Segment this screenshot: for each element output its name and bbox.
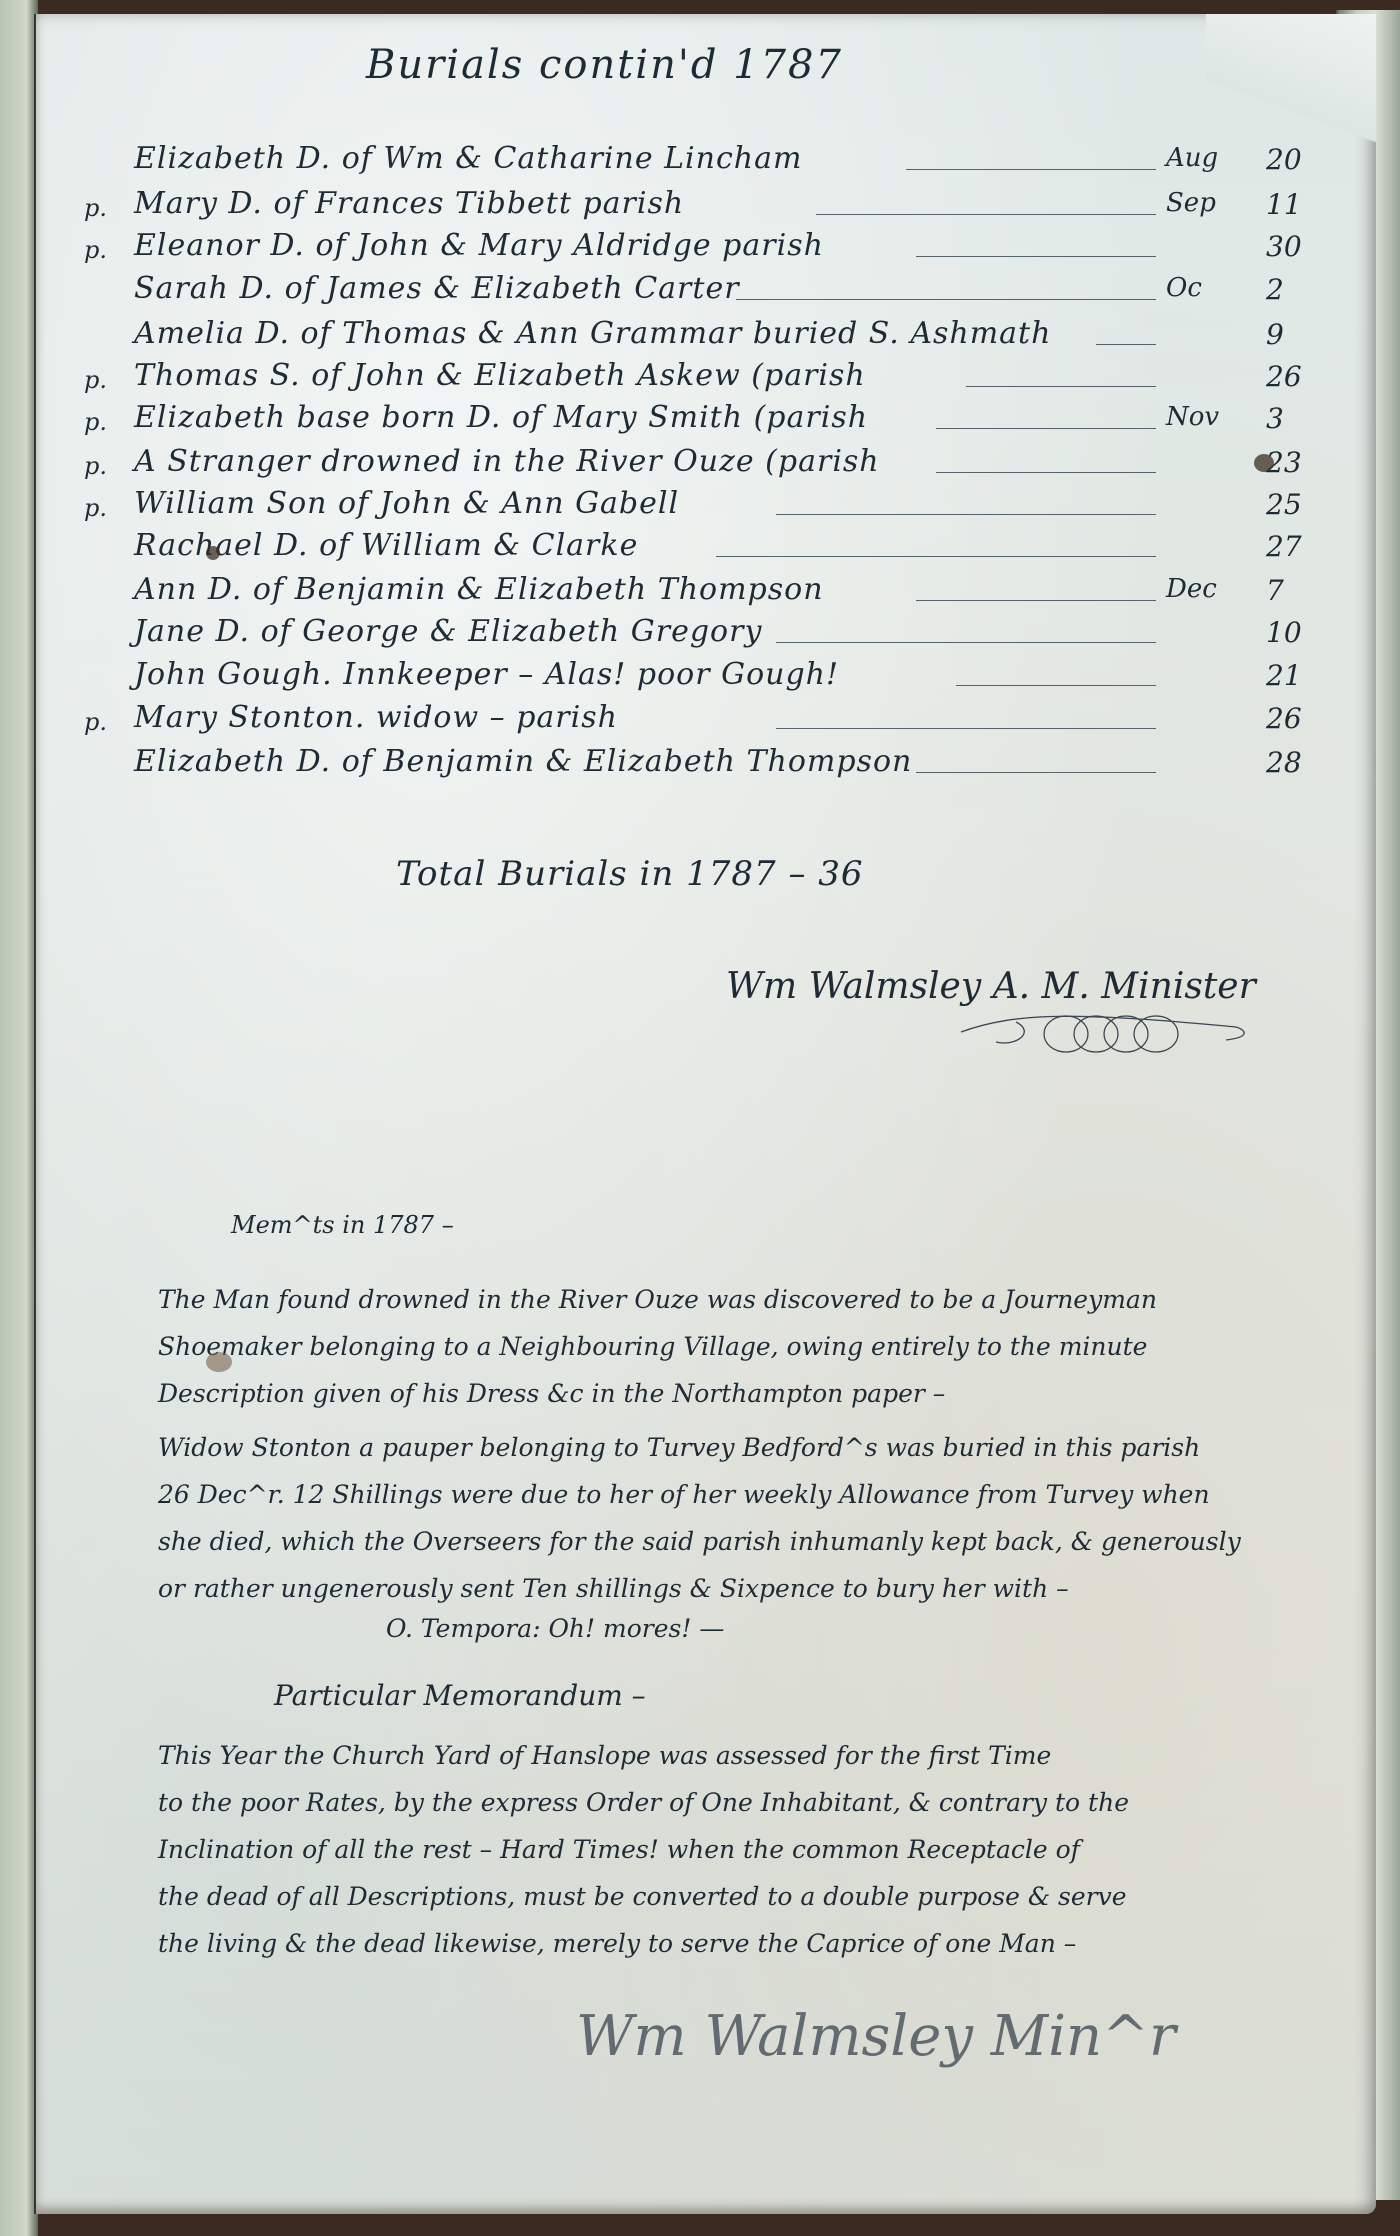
burial-entry-row: Jane D. of George & Elizabeth Gregory10 <box>36 612 1356 656</box>
dash-leader <box>1096 344 1156 345</box>
dash-leader <box>776 728 1156 729</box>
burial-entry-row: p.Eleanor D. of John & Mary Aldridge par… <box>36 226 1356 270</box>
burial-day: 30 <box>1266 230 1302 263</box>
memo-line: This Year the Church Yard of Hanslope wa… <box>158 1732 1388 1779</box>
burial-month: Aug <box>1166 143 1218 173</box>
burial-month: Nov <box>1166 402 1219 432</box>
burial-entry-row: p.A Stranger drowned in the River Ouze (… <box>36 442 1356 486</box>
burial-entry-name: Elizabeth base born D. of Mary Smith (pa… <box>134 400 868 435</box>
minister-signature: Wm Walmsley A. M. Minister <box>726 966 1256 1007</box>
burial-entry-row: Sarah D. of James & Elizabeth CarterOc2 <box>36 269 1356 313</box>
burial-entry-name: Ann D. of Benjamin & Elizabeth Thompson <box>134 572 824 607</box>
memo-line: Widow Stonton a pauper belonging to Turv… <box>158 1424 1388 1471</box>
burial-entry-row: Rachael D. of William & Clarke27 <box>36 526 1356 570</box>
memo-line: or rather ungenerously sent Ten shilling… <box>158 1565 1388 1612</box>
burial-entry-row: p.Elizabeth base born D. of Mary Smith (… <box>36 398 1356 442</box>
burial-day: 26 <box>1266 360 1302 393</box>
memo-paragraph-church-yard: This Year the Church Yard of Hanslope wa… <box>158 1732 1388 1967</box>
burial-entry-name: Thomas S. of John & Elizabeth Askew (par… <box>134 358 866 393</box>
burial-entry-row: Elizabeth D. of Wm & Catharine LinchamAu… <box>36 139 1356 183</box>
burial-day: 3 <box>1266 402 1284 435</box>
memo-line: 26 Dec^r. 12 Shillings were due to her o… <box>158 1471 1388 1518</box>
exclamation-o-tempora: O. Tempora: Oh! mores! — <box>386 1614 724 1643</box>
memo-paragraph-drowned-man: The Man found drowned in the River Ouze … <box>158 1276 1388 1417</box>
parish-marker: p. <box>84 494 107 522</box>
dash-leader <box>916 256 1156 257</box>
burial-month: Dec <box>1166 574 1217 604</box>
burial-day: 2 <box>1266 273 1284 306</box>
dash-leader <box>956 685 1156 686</box>
burial-entry-row: p.Mary Stonton. widow – parish26 <box>36 698 1356 742</box>
dash-leader <box>816 214 1156 215</box>
memo-line: she died, which the Overseers for the sa… <box>158 1518 1388 1565</box>
dash-leader <box>936 472 1156 473</box>
burial-entry-row: p.Mary D. of Frances Tibbett parishSep11 <box>36 184 1356 228</box>
memo-line: the dead of all Descriptions, must be co… <box>158 1873 1388 1920</box>
dash-leader <box>906 169 1156 170</box>
ink-blot <box>206 546 220 560</box>
burial-entry-name: Mary D. of Frances Tibbett parish <box>134 186 684 221</box>
burial-entry-name: A Stranger drowned in the River Ouze (pa… <box>134 444 880 479</box>
parish-marker: p. <box>84 236 107 264</box>
burial-entry-row: Amelia D. of Thomas & Ann Grammar buried… <box>36 314 1356 358</box>
closing-signature: Wm Walmsley Min^r <box>576 2004 1176 2069</box>
burial-entry-name: Elizabeth D. of Wm & Catharine Lincham <box>134 141 802 176</box>
ink-blot <box>1254 454 1274 472</box>
ink-stain <box>206 1352 232 1372</box>
burial-day: 20 <box>1266 143 1302 176</box>
dash-leader <box>936 428 1156 429</box>
total-burials: Total Burials in 1787 – 36 <box>396 854 864 894</box>
burial-entry-row: p.William Son of John & Ann Gabell25 <box>36 484 1356 528</box>
previous-page-edge <box>0 0 38 2236</box>
parish-marker: p. <box>84 408 107 436</box>
burial-entry-name: John Gough. Innkeeper – Alas! poor Gough… <box>134 657 839 692</box>
burial-entry-name: Amelia D. of Thomas & Ann Grammar buried… <box>134 316 1051 351</box>
burial-day: 10 <box>1266 616 1302 649</box>
dash-leader <box>776 642 1156 643</box>
memoranda-heading: Mem^ts in 1787 – <box>231 1211 454 1239</box>
burial-month: Oc <box>1166 273 1202 303</box>
burial-day: 9 <box>1266 318 1284 351</box>
burial-day: 11 <box>1266 188 1302 221</box>
memo-line: the living & the dead likewise, merely t… <box>158 1920 1388 1967</box>
burial-entry-name: Sarah D. of James & Elizabeth Carter <box>134 271 740 306</box>
parish-marker: p. <box>84 452 107 480</box>
burial-day: 7 <box>1266 574 1284 607</box>
burial-entry-row: John Gough. Innkeeper – Alas! poor Gough… <box>36 655 1356 699</box>
burial-day: 21 <box>1266 659 1302 692</box>
burial-entry-name: Mary Stonton. widow – parish <box>134 700 618 735</box>
dash-leader <box>916 772 1156 773</box>
burial-entry-name: Jane D. of George & Elizabeth Gregory <box>134 614 762 649</box>
dash-leader <box>736 299 1156 300</box>
page-title: Burials contin'd 1787 <box>366 42 843 88</box>
burial-entry-row: p.Thomas S. of John & Elizabeth Askew (p… <box>36 356 1356 400</box>
particular-memorandum-heading: Particular Memorandum – <box>274 1679 646 1712</box>
parish-marker: p. <box>84 194 107 222</box>
parish-marker: p. <box>84 708 107 736</box>
burial-entry-name: William Son of John & Ann Gabell <box>134 486 679 521</box>
burial-entry-row: Ann D. of Benjamin & Elizabeth ThompsonD… <box>36 570 1356 614</box>
memo-line: Shoemaker belonging to a Neighbouring Vi… <box>158 1323 1388 1370</box>
burial-entry-name: Elizabeth D. of Benjamin & Elizabeth Tho… <box>134 744 912 779</box>
burial-entry-row: Elizabeth D. of Benjamin & Elizabeth Tho… <box>36 742 1356 786</box>
register-page: Burials contin'd 1787 Elizabeth D. of Wm… <box>34 14 1376 2214</box>
burial-month: Sep <box>1166 188 1216 218</box>
dash-leader <box>916 600 1156 601</box>
burial-entry-name: Eleanor D. of John & Mary Aldridge paris… <box>134 228 824 263</box>
burial-day: 26 <box>1266 702 1302 735</box>
dash-leader <box>716 556 1156 557</box>
memo-line: The Man found drowned in the River Ouze … <box>158 1276 1388 1323</box>
memo-line: Description given of his Dress &c in the… <box>158 1370 1388 1417</box>
memo-line: to the poor Rates, by the express Order … <box>158 1779 1388 1826</box>
signature-flourish-icon <box>956 1002 1256 1062</box>
burial-day: 25 <box>1266 488 1302 521</box>
burial-day: 28 <box>1266 746 1302 779</box>
memo-line: Inclination of all the rest – Hard Times… <box>158 1826 1388 1873</box>
burial-day: 27 <box>1266 530 1302 563</box>
parish-marker: p. <box>84 366 107 394</box>
memo-paragraph-widow-stonton: Widow Stonton a pauper belonging to Turv… <box>158 1424 1388 1612</box>
dash-leader <box>776 514 1156 515</box>
dash-leader <box>966 386 1156 387</box>
